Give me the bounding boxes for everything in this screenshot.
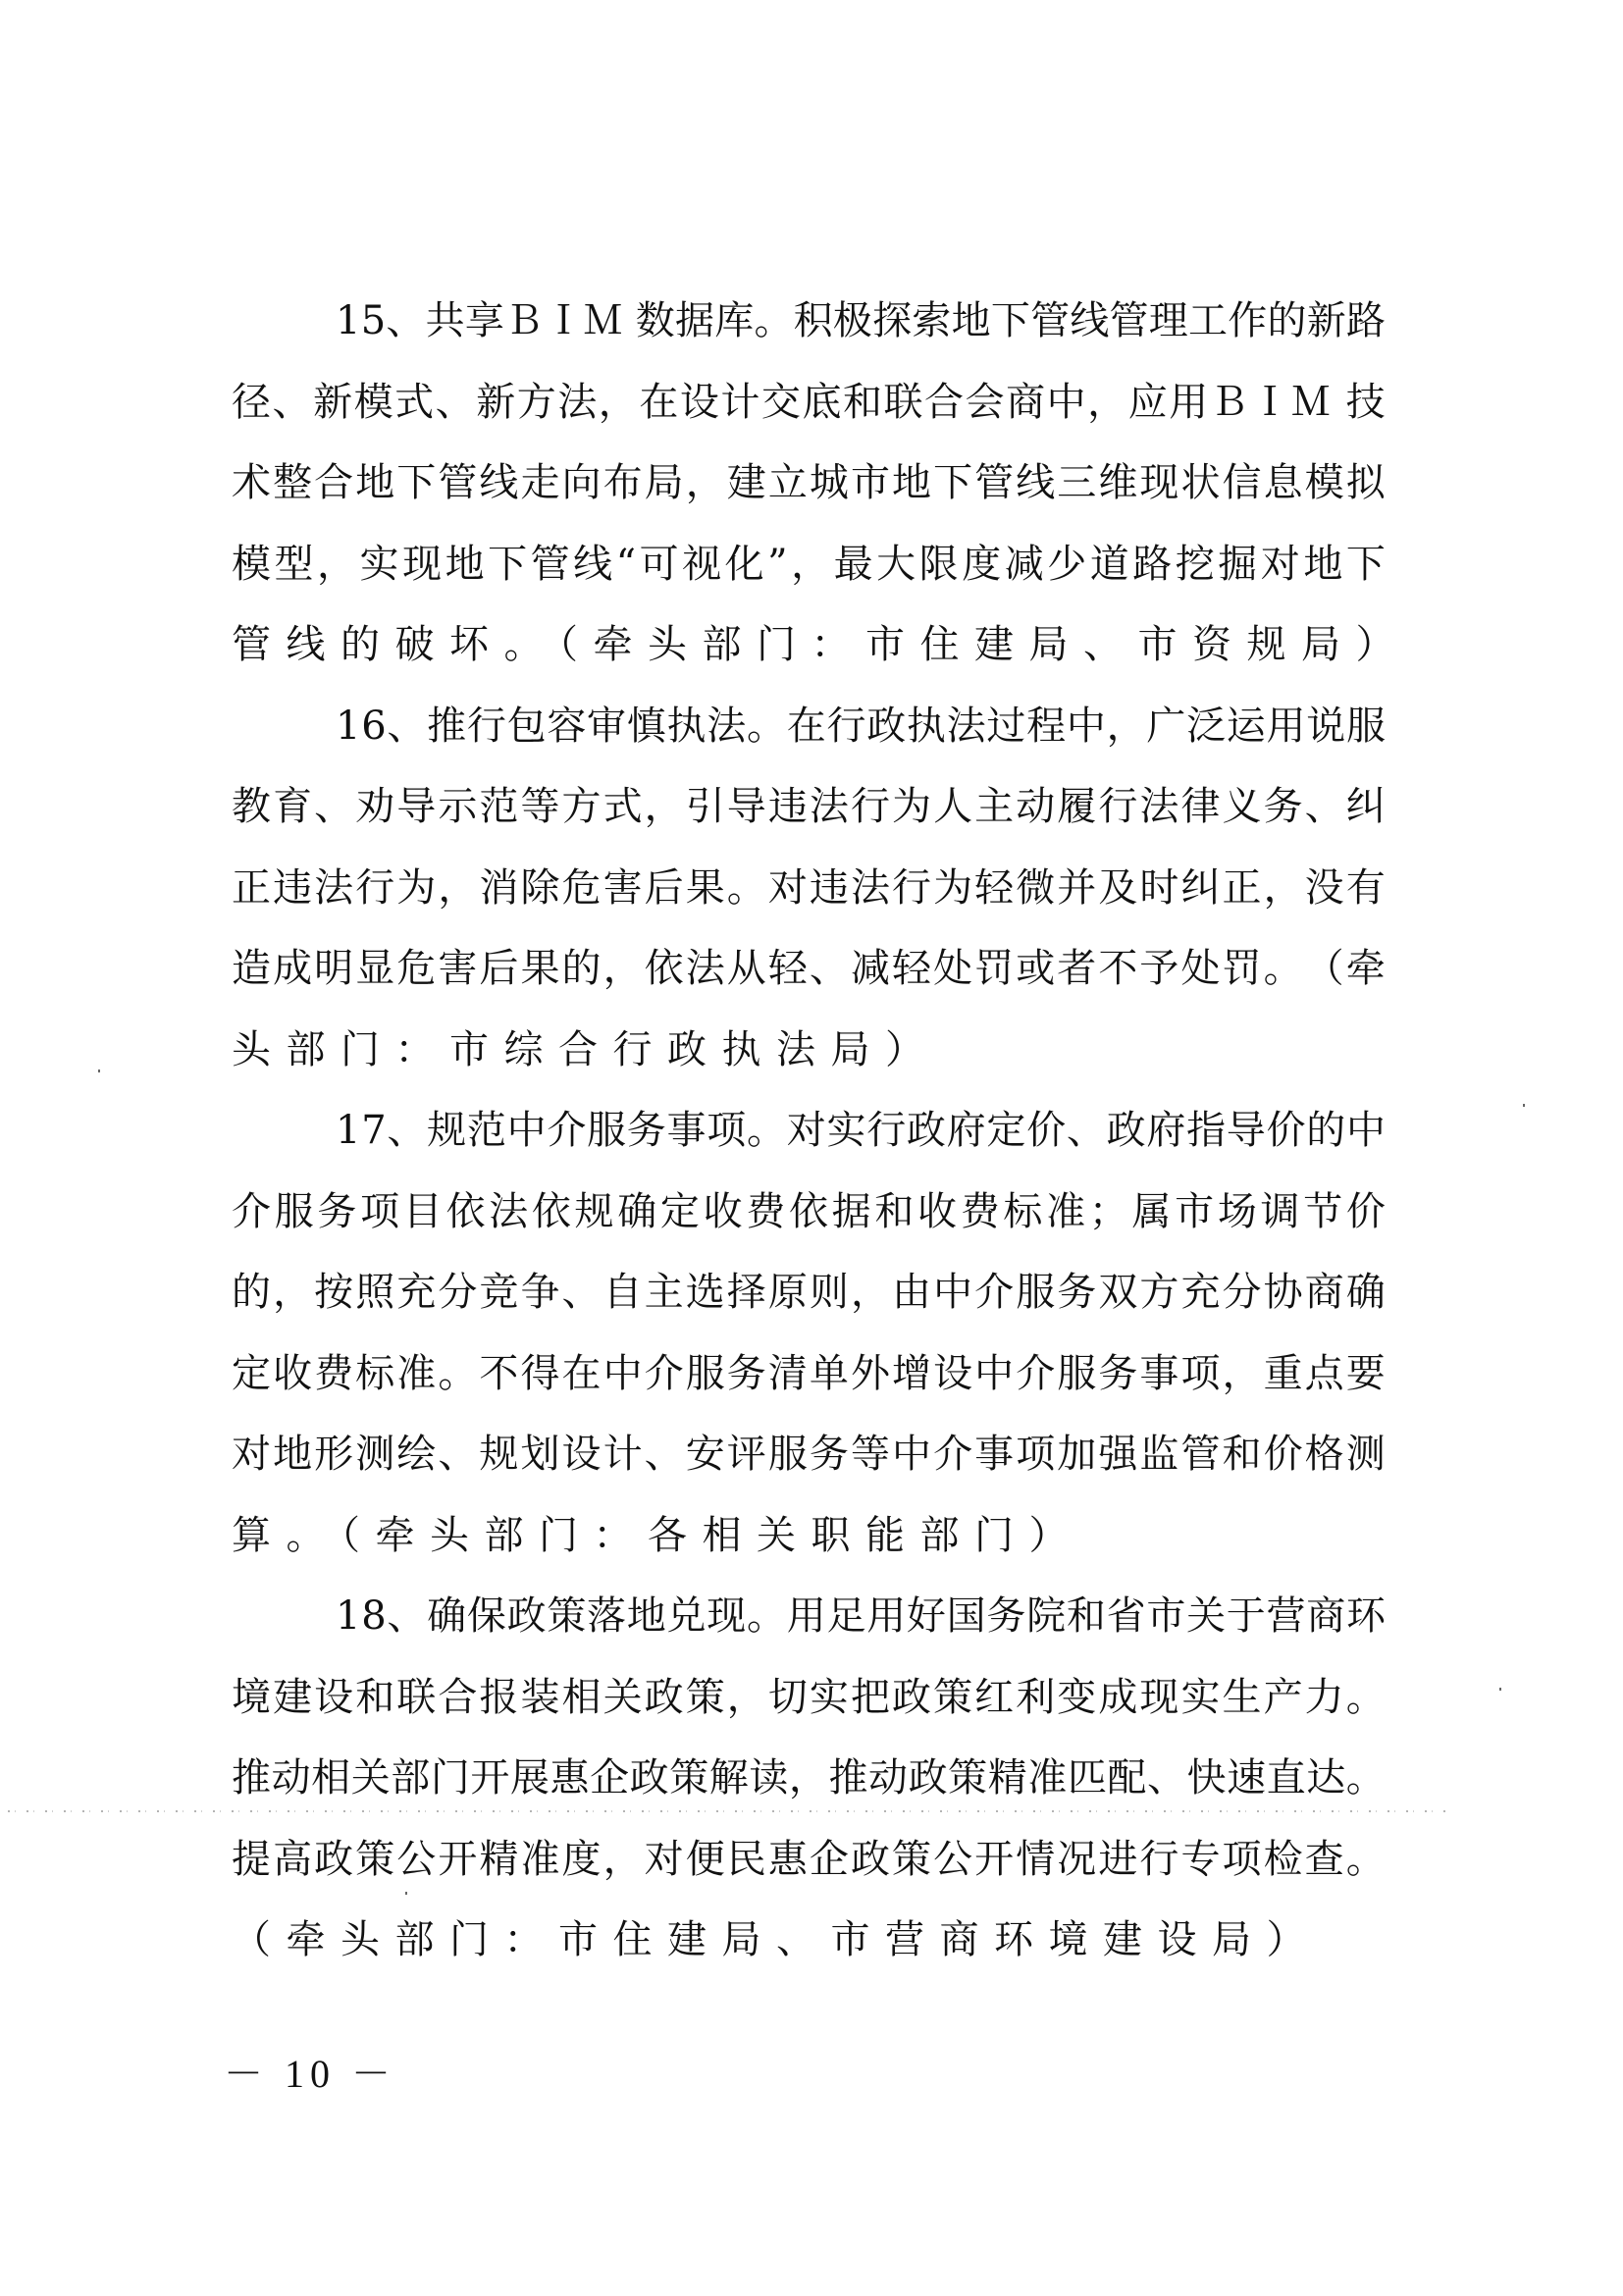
paragraph-line: 算。（牵头部门：各相关职能部门） <box>232 1495 1386 1577</box>
paragraph-line: （牵头部门：市住建局、市营商环境建设局） <box>232 1900 1386 1981</box>
paragraph-line: 管线的破坏。（牵头部门：市住建局、市资规局） <box>232 604 1386 686</box>
scan-speck <box>1523 1104 1525 1107</box>
paragraph-line: 径、新模式、新方法，在设计交底和联合会商中，应用ＢＩＭ 技 <box>232 362 1386 444</box>
paragraph-18: 18、确保政策落地兑现。用足用好国务院和省市关于营商环 境建设和联合报装相关政策… <box>232 1576 1386 1981</box>
paragraph-line: 头部门：市综合行政执法局） <box>232 1010 1386 1091</box>
paragraph-line: 18、确保政策落地兑现。用足用好国务院和省市关于营商环 <box>232 1576 1386 1657</box>
paragraph-line: 造成明显危害后果的，依法从轻、减轻处罚或者不予处罚。（牵 <box>232 928 1386 1010</box>
paragraph-line: 的，按照充分竞争、自主选择原则，由中介服务双方充分协商确 <box>232 1252 1386 1333</box>
scan-speck <box>98 1070 100 1072</box>
document-page: 15、共享ＢＩＭ 数据库。积极探索地下管线管理工作的新路 径、新模式、新方法，在… <box>0 0 1623 2296</box>
paragraph-line: 对地形测绘、规划设计、安评服务等中介事项加强监管和价格测 <box>232 1414 1386 1495</box>
scan-speck <box>1499 1688 1501 1691</box>
paragraph-line: 教育、劝导示范等方式，引导违法行为人主动履行法律义务、纠 <box>232 766 1386 848</box>
paragraph-line: 正违法行为，消除危害后果。对违法行为轻微并及时纠正，没有 <box>232 848 1386 929</box>
paragraph-line: 介服务项目依法依规确定收费依据和收费标准；属市场调节价 <box>232 1172 1386 1253</box>
paragraph-line: 16、推行包容审慎执法。在行政执法过程中，广泛运用说服 <box>232 686 1386 767</box>
page-number: － 10 － <box>224 2043 396 2099</box>
paragraph-15: 15、共享ＢＩＭ 数据库。积极探索地下管线管理工作的新路 径、新模式、新方法，在… <box>232 281 1386 686</box>
scan-speck <box>405 1892 407 1895</box>
paragraph-line: 17、规范中介服务事项。对实行政府定价、政府指导价的中 <box>232 1090 1386 1172</box>
paragraph-line: 术整合地下管线走向布局，建立城市地下管线三维现状信息模拟 <box>232 443 1386 524</box>
paragraph-line: 15、共享ＢＩＭ 数据库。积极探索地下管线管理工作的新路 <box>232 281 1386 362</box>
paragraph-line: 定收费标准。不得在中介服务清单外增设中介服务事项，重点要 <box>232 1333 1386 1415</box>
paragraph-line: 境建设和联合报装相关政策，切实把政策红利变成现实生产力。 <box>232 1657 1386 1739</box>
body-text: 15、共享ＢＩＭ 数据库。积极探索地下管线管理工作的新路 径、新模式、新方法，在… <box>232 281 1386 1981</box>
paragraph-17: 17、规范中介服务事项。对实行政府定价、政府指导价的中 介服务项目依法依规确定收… <box>232 1090 1386 1576</box>
paragraph-16: 16、推行包容审慎执法。在行政执法过程中，广泛运用说服 教育、劝导示范等方式，引… <box>232 686 1386 1091</box>
paragraph-line: 推动相关部门开展惠企政策解读，推动政策精准匹配、快速直达。 <box>232 1738 1386 1819</box>
paragraph-line: 模型，实现地下管线“可视化”，最大限度减少道路挖掘对地下 <box>232 524 1386 605</box>
scan-artifact-line <box>8 1810 1450 1812</box>
paragraph-line: 提高政策公开精准度，对便民惠企政策公开情况进行专项检查。 <box>232 1819 1386 1901</box>
